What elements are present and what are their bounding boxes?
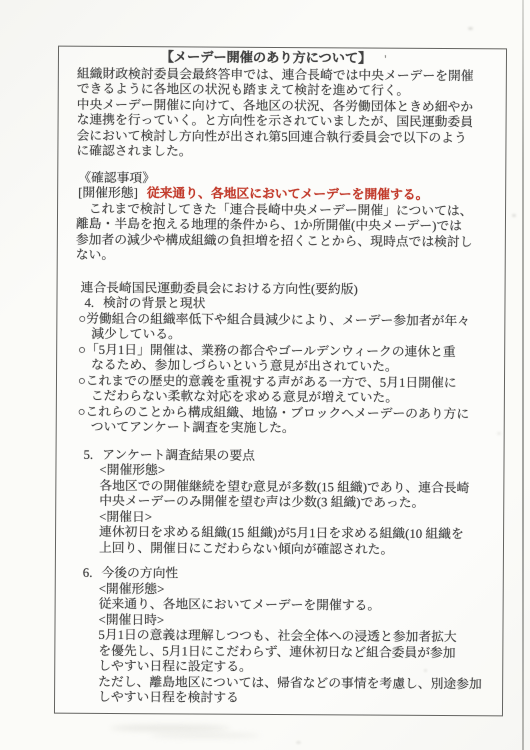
subsection-line: 5月1日の意義は理解しつつも、社会全体への浸透と参加者拡大 [98,628,490,646]
scan-speck [296,741,301,744]
confirmation-body-line: 参加者の減少や構成組織の負担増を招くことから、現時点では検討し [76,232,493,250]
decision-statement: 従来通り、各地区においてメーデーを開催する。 [147,186,429,202]
section-heading-4: 4.検討の背景と現状 [84,296,492,314]
section-number: 6. [83,566,93,582]
section-number: 4. [84,296,94,312]
intro-line: な連携を行っていく。と方向性を示されていましたが、国民運動委員 [77,113,494,131]
bullet-line-cont: 減少している。 [91,327,492,345]
subsection-line: 上回り、開催日にこだわらない傾向が確認された。 [99,540,491,558]
bullet-line-cont: なるため、参加しづらいという意見が出されていた。 [91,358,492,376]
scan-page-edge-line [522,0,524,750]
subsection-line: 中央メーデーのみ開催を望む声は少数(3 組織)であった。 [99,494,491,512]
decision-line: [開催形態]従来通り、各地区においてメーデーを開催する。 [78,186,493,204]
format-label: [開催形態] [78,186,138,200]
intro-line: に確認されました。 [76,144,493,162]
section-title: 検討の背景と現状 [103,296,205,312]
subsection-line: しやすい日程に設定する。 [98,659,490,677]
subsection-line: しやすい日程を検討する [98,690,490,708]
section-heading-6: 6.今後の方向性 [83,566,491,584]
scan-speck [468,27,473,30]
section-title: アンケート調査結果の要点 [102,447,255,463]
subsection-line: 従来通り、各地区においてメーデーを開催する。 [99,597,491,615]
section-title: 今後の方向性 [101,566,178,582]
bullet-line-cont: ついてアンケート調査を実施した。 [91,420,492,438]
scan-smudge [110,725,230,731]
document-title-text: 【メーデー開催のあり方について】 [161,49,372,65]
subsection-line: 連休初日を求める組織(15 組織)が5月1日を求める組織(10 組織を [99,525,491,543]
scan-speck [512,214,516,217]
scan-tick-mark: ' [384,54,386,66]
section-number: 5. [83,447,93,463]
scan-smudge [150,733,260,738]
intro-line: できるように各地区の状況も踏まえて検討を進めて行く。 [77,82,494,100]
confirmation-body-line: 離島・半島を抱える地理的条件から、1か所開催(中央メーデー)では [76,217,493,235]
document-panel: 【メーデー開催のあり方について】' 組織財政検討委員会最終答申では、連合長崎では… [54,46,507,716]
bullet-line-cont: こだわらない柔軟な対応を求める意見が増えていた。 [91,389,492,407]
subsection-label: <開催形態> [99,463,491,481]
